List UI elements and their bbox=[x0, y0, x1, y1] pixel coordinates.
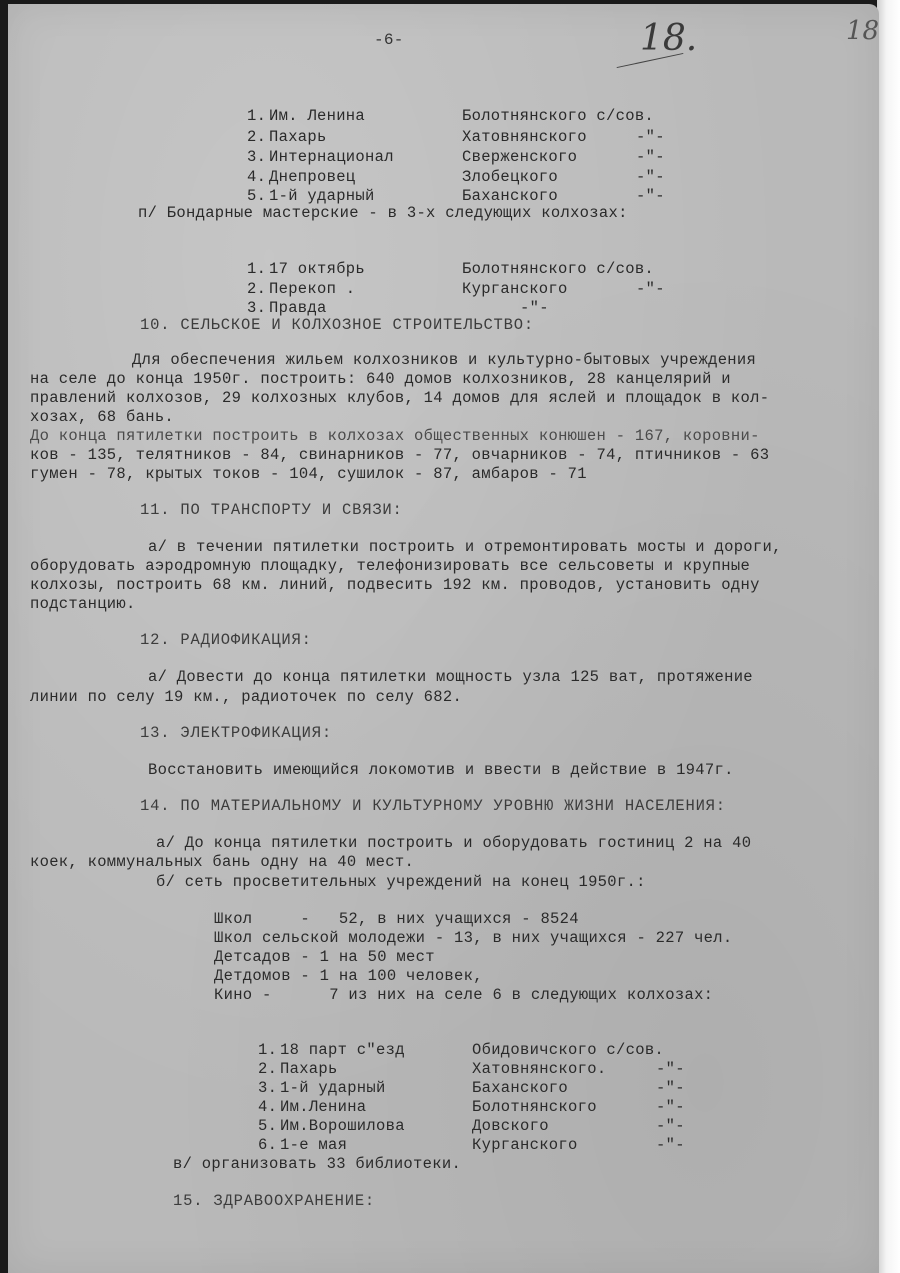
section-13-body: Восстановить имеющийся локомотив и ввест… bbox=[148, 761, 734, 780]
section-14-para-b: б/ сеть просветительных учреждений на ко… bbox=[156, 873, 646, 892]
list-item: Детдомов - 1 на 100 человек, bbox=[214, 967, 483, 986]
text-line: а/ До конца пятилетки построить и оборуд… bbox=[156, 834, 751, 853]
text-line: До конца пятилетки построить в колхозах … bbox=[30, 427, 760, 446]
text-line: линии по селу 19 км., радиоточек по селу… bbox=[30, 688, 462, 707]
list-item: Школ - 52, в них учащихся - 8524 bbox=[214, 910, 579, 929]
text-line: колхозы, построить 68 км. линий, подвеси… bbox=[30, 576, 760, 595]
text-line: на селе до конца 1950г. построить: 640 д… bbox=[30, 370, 731, 389]
list-item: Кино - 7 из них на селе 6 в следующих ко… bbox=[214, 986, 713, 1005]
section-13-heading: 13. ЭЛЕКТРОФИКАЦИЯ: bbox=[140, 724, 332, 743]
text-line: оборудовать аэродромную площадку, телефо… bbox=[30, 557, 750, 576]
list-item: 6.1-е маяКурганского-"- bbox=[8, 1117, 66, 1174]
section-10-heading: 10. СЕЛЬСКОЕ И КОЛХОЗНОЕ СТРОИТЕЛЬСТВО: bbox=[140, 316, 534, 335]
scan-background bbox=[877, 0, 900, 1273]
list-item: Школ сельской молодежи - 13, в них учащи… bbox=[214, 929, 732, 948]
page-number: -6- bbox=[374, 31, 404, 50]
handwritten-archive-number: 18. bbox=[640, 18, 697, 59]
section-15-heading: 15. ЗДРАВООХРАНЕНИЕ: bbox=[173, 1192, 375, 1211]
list-item: 5.1-й ударныйБаханского-"- bbox=[8, 168, 66, 225]
text-line: хозах, 68 бань. bbox=[30, 408, 174, 427]
text-line: правлений колхозов, 29 колхозных клубов,… bbox=[30, 389, 769, 408]
text-line: ков - 135, телятников - 84, свинарников … bbox=[30, 446, 769, 465]
section-12-heading: 12. РАДИОФИКАЦИЯ: bbox=[140, 631, 312, 650]
text-line: коек, коммунальных бань одну на 40 мест. bbox=[30, 853, 414, 872]
text-line: Для обеспечения жильем колхозников и кул… bbox=[132, 351, 756, 370]
handwritten-corner-number: 18 bbox=[846, 16, 879, 46]
list-item: 3.Правда-"- bbox=[8, 280, 66, 337]
text-line: а/ в течении пятилетки построить и отрем… bbox=[148, 538, 782, 557]
section-14-heading: 14. ПО МАТЕРИАЛЬНОМУ И КУЛЬТУРНОМУ УРОВН… bbox=[140, 797, 726, 816]
text-line: гумен - 78, крытых токов - 104, сушилок … bbox=[30, 465, 587, 484]
text-line: а/ Довести до конца пятилетки мощность у… bbox=[148, 668, 753, 687]
section-14-para-v: в/ организовать 33 библиотеки. bbox=[173, 1155, 461, 1174]
section-n-heading: п/ Бондарные мастерские - в 3-х следующи… bbox=[138, 204, 628, 223]
list-item: Детсадов - 1 на 50 мест bbox=[214, 948, 435, 967]
document-page: -6- 18. 18 1.Им. ЛенинаБолотнянского с/с… bbox=[8, 4, 879, 1273]
section-11-heading: 11. ПО ТРАНСПОРТУ И СВЯЗИ: bbox=[140, 501, 403, 520]
text-line: подстанцию. bbox=[30, 595, 136, 614]
